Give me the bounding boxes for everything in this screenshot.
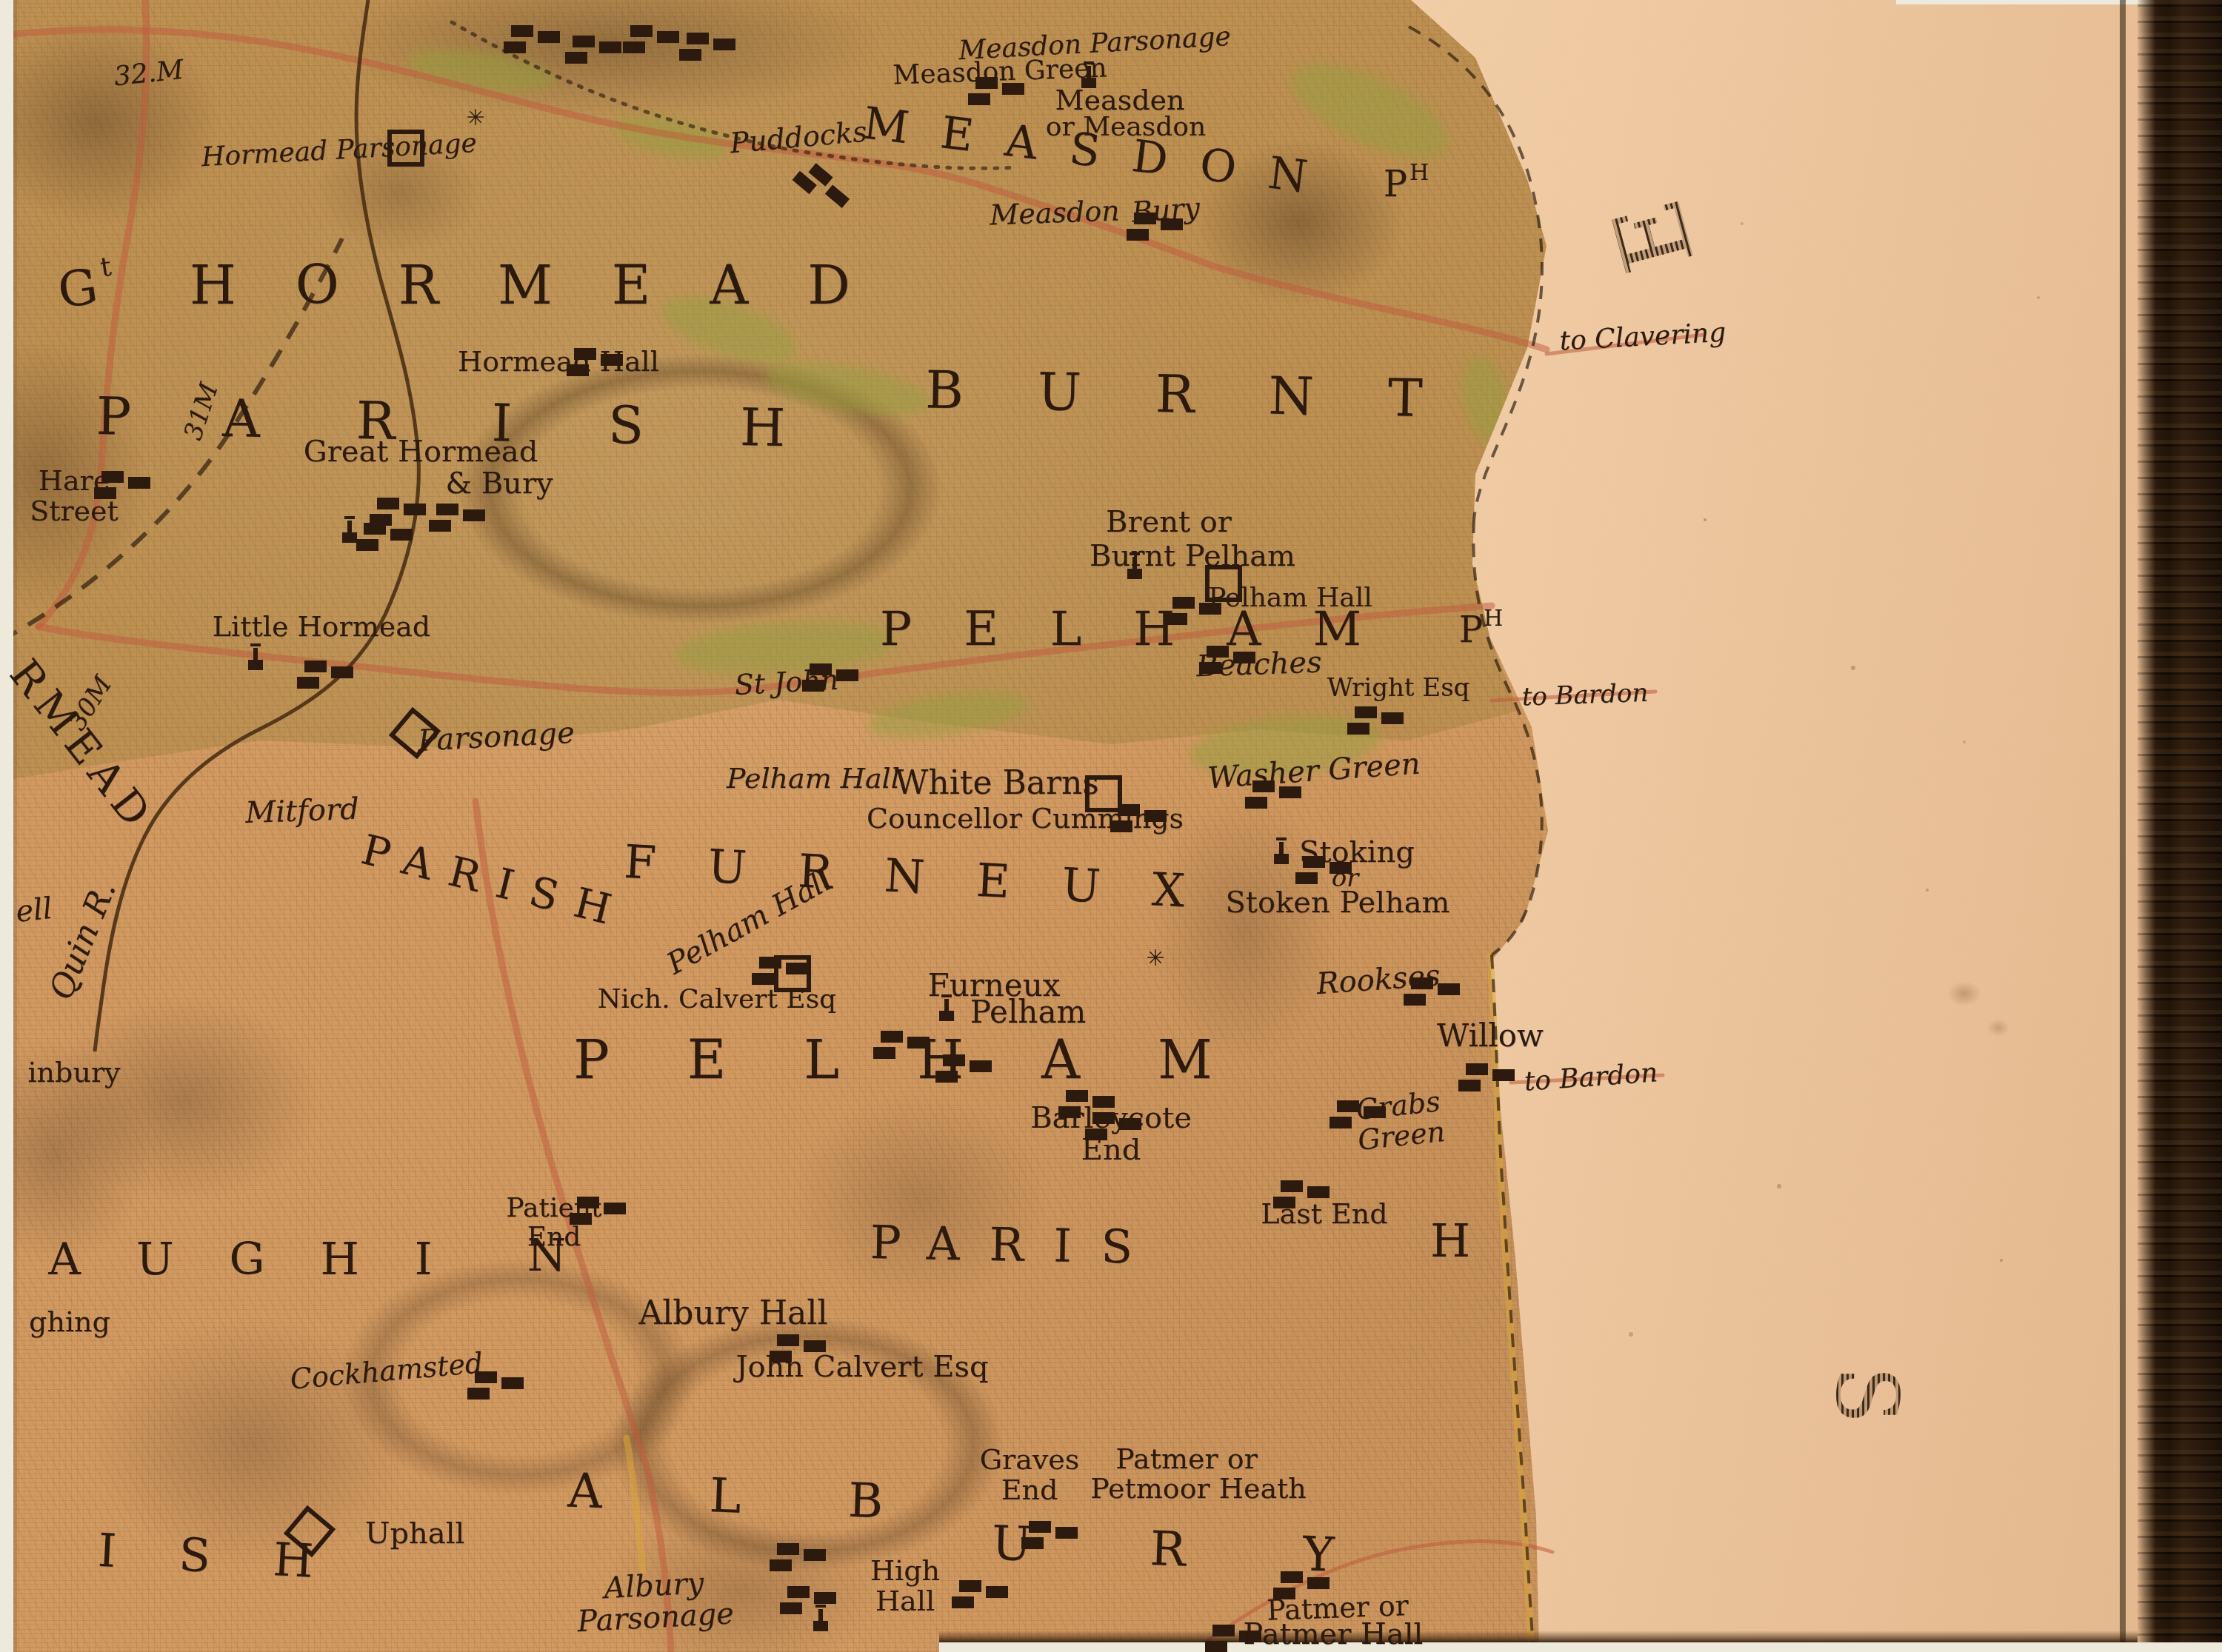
map-label-ghing: ghing — [29, 1307, 110, 1337]
houses-icon — [1281, 1180, 1303, 1192]
map-label-region-measdon-h: H — [1409, 161, 1429, 185]
map-label-region-hormead: HORMEAD — [190, 257, 910, 315]
binding-crease — [2120, 0, 2126, 1652]
houses-icon — [959, 1580, 981, 1592]
houses-icon — [377, 498, 399, 509]
map-label-compass-s: S — [1821, 1366, 1912, 1425]
map-label-white-barns: White Barns — [895, 766, 1099, 801]
houses-icon — [1355, 706, 1377, 718]
map-label-region-measdon-p: P — [1384, 166, 1407, 204]
map-label-st-john: St John — [734, 665, 839, 700]
map-label-and-bury: & Bury — [445, 468, 553, 500]
map-label-councellor-cummings: Councellor Cummings — [867, 803, 1184, 834]
houses-icon — [364, 523, 386, 535]
map-label-last-end: Last End — [1261, 1199, 1387, 1229]
houses-icon — [304, 661, 327, 672]
map-label-great-hormead: Great Hormead — [304, 436, 538, 468]
houses-icon — [787, 1586, 810, 1598]
map-label-beaches: Beaches — [1196, 646, 1323, 683]
houses-icon — [1212, 1625, 1235, 1636]
map-label-hare-street: Hare Street — [30, 466, 119, 526]
paper-stain — [1947, 981, 1981, 1006]
church-icon — [813, 1621, 828, 1631]
houses-icon — [630, 25, 653, 37]
map-label-brent-or: Brent or — [1106, 506, 1232, 538]
map-label-crabs-green: Crabs Green — [1353, 1086, 1447, 1156]
map-label-region-pelham-p: P — [1459, 612, 1483, 650]
church-icon — [248, 660, 263, 670]
houses-icon — [436, 504, 458, 515]
map-label-pelham-hall-white: Pelham Hall — [727, 763, 900, 794]
paper-stain — [1987, 1019, 2009, 1037]
map-edge-boundary — [1492, 955, 1533, 1652]
map-edge-boundary — [1473, 520, 1541, 955]
map-label-petmoor-heath: Petmoor Heath — [1090, 1474, 1307, 1504]
map-label-region-g: G — [55, 260, 101, 318]
houses-icon — [759, 957, 781, 969]
map-label-region-aughin-n: N — [527, 1232, 567, 1280]
church-icon — [1274, 854, 1289, 864]
map-label-uphall: Uphall — [365, 1518, 465, 1550]
map-label-high-hall: High Hall — [870, 1556, 940, 1616]
map-label-hormead-hall: Hormead Hall — [458, 347, 659, 377]
houses-icon — [573, 36, 595, 47]
sheet-left-edge — [0, 0, 13, 1652]
map-label-furneux-pelham-2: Pelham — [970, 995, 1087, 1029]
map-label-ell: ell — [14, 893, 54, 929]
map-label-barleycote-end: Barleycote End — [1030, 1103, 1192, 1166]
map-label-region-pelham-furneux: PELHAM — [573, 1031, 1290, 1089]
paper-speckles — [1704, 518, 1706, 521]
map-label-willow: Willow — [1437, 1019, 1544, 1052]
map-label-measdon-bury-1: Measdon — [990, 195, 1121, 230]
houses-icon — [1066, 1090, 1088, 1102]
map-label-mitford: Mitford — [245, 794, 360, 830]
map-label-stoken-pelham: Stoken Pelham — [1225, 887, 1449, 919]
map-label-patmer-hall: Patmer Hall — [1244, 1619, 1424, 1651]
map-canvas: ✳✳ 32.MHormead ParsonagePuddocksMeasdon … — [0, 0, 2222, 1652]
sheet-bottom-edge — [939, 1642, 2222, 1652]
map-label-region-paris: PARIS — [870, 1218, 1163, 1273]
map-label-region-parish-h: H — [1430, 1217, 1470, 1266]
map-label-burnt-pelham: Burnt Pelham — [1090, 541, 1295, 572]
map-label-region-pelham-brent: PELHAM — [880, 604, 1413, 655]
map-label-region-aughi: AUGHI — [49, 1236, 488, 1284]
church-icon — [342, 532, 357, 543]
houses-icon — [777, 1334, 799, 1346]
map-label-little-hormead: Little Hormead — [213, 612, 430, 642]
map-label-wright-esq: Wright Esq — [1327, 675, 1470, 702]
sheet-left-shadow — [13, 0, 17, 1652]
map-label-to-bardon-1: to Bardon — [1521, 680, 1649, 712]
map-label-albury-hall: Albury Hall — [639, 1296, 828, 1331]
map-edge-boundary — [1409, 27, 1542, 520]
houses-icon — [511, 25, 533, 37]
binding-edge — [2138, 0, 2222, 1652]
map-label-region-burnt: BURNT — [925, 362, 1497, 428]
windmill-icon: ✳ — [466, 107, 484, 130]
houses-icon — [1466, 1063, 1488, 1075]
map-label-patmer-or-1: Patmer or — [1115, 1444, 1258, 1474]
houses-icon — [687, 33, 709, 44]
map-label-measdon-bury-2: Bury — [1131, 193, 1201, 227]
map-label-nich-calvert-esq: Nich. Calvert Esq — [598, 986, 836, 1014]
map-label-albury-parsonage: Albury Parsonage — [575, 1566, 735, 1638]
church-icon — [939, 1011, 954, 1021]
houses-icon — [777, 1543, 799, 1555]
map-label-graves-end: Graves End — [980, 1445, 1080, 1505]
map-label-region-pelham-h: H — [1484, 607, 1503, 631]
map-label-john-calvert-esq: John Calvert Esq — [735, 1351, 988, 1383]
windmill-icon: ✳ — [1146, 948, 1164, 970]
map-label-inbury: inbury — [27, 1057, 120, 1088]
